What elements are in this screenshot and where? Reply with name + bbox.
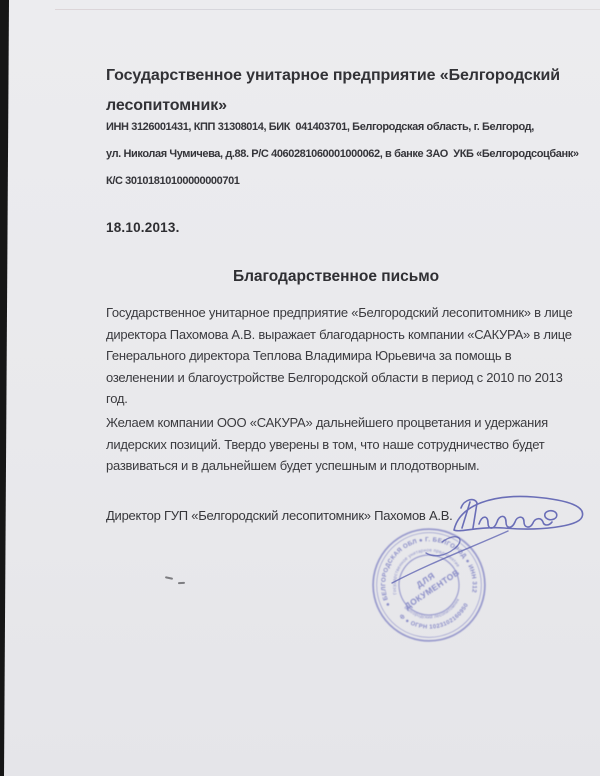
letter-paragraph-1: Государственное унитарное предприятие «Б…	[106, 302, 574, 410]
pencil-mark-2	[178, 582, 185, 584]
requisites-line-2: ул. Николая Чумичева, д.88. Р/С 40602810…	[106, 148, 579, 160]
scan-top-line-artifact	[55, 9, 600, 10]
letter-paragraph-2: Желаем компании ООО «САКУРА» дальнейшего…	[106, 412, 574, 477]
scan-edge-artifact	[0, 0, 10, 776]
requisites-line-3: К/С 30101810100000000701	[106, 175, 240, 187]
scanned-letter-page: Государственное унитарное предприятие «Б…	[0, 0, 600, 776]
company-header: Государственное унитарное предприятие «Б…	[106, 61, 578, 121]
pencil-mark-1	[165, 576, 173, 580]
requisites-line-1: ИНН 3126001431, КПП 31308014, БИК 041403…	[106, 121, 534, 133]
letter-title: Благодарственное письмо	[106, 268, 566, 286]
letter-date: 18.10.2013.	[106, 220, 180, 235]
handwritten-signature	[358, 486, 598, 601]
